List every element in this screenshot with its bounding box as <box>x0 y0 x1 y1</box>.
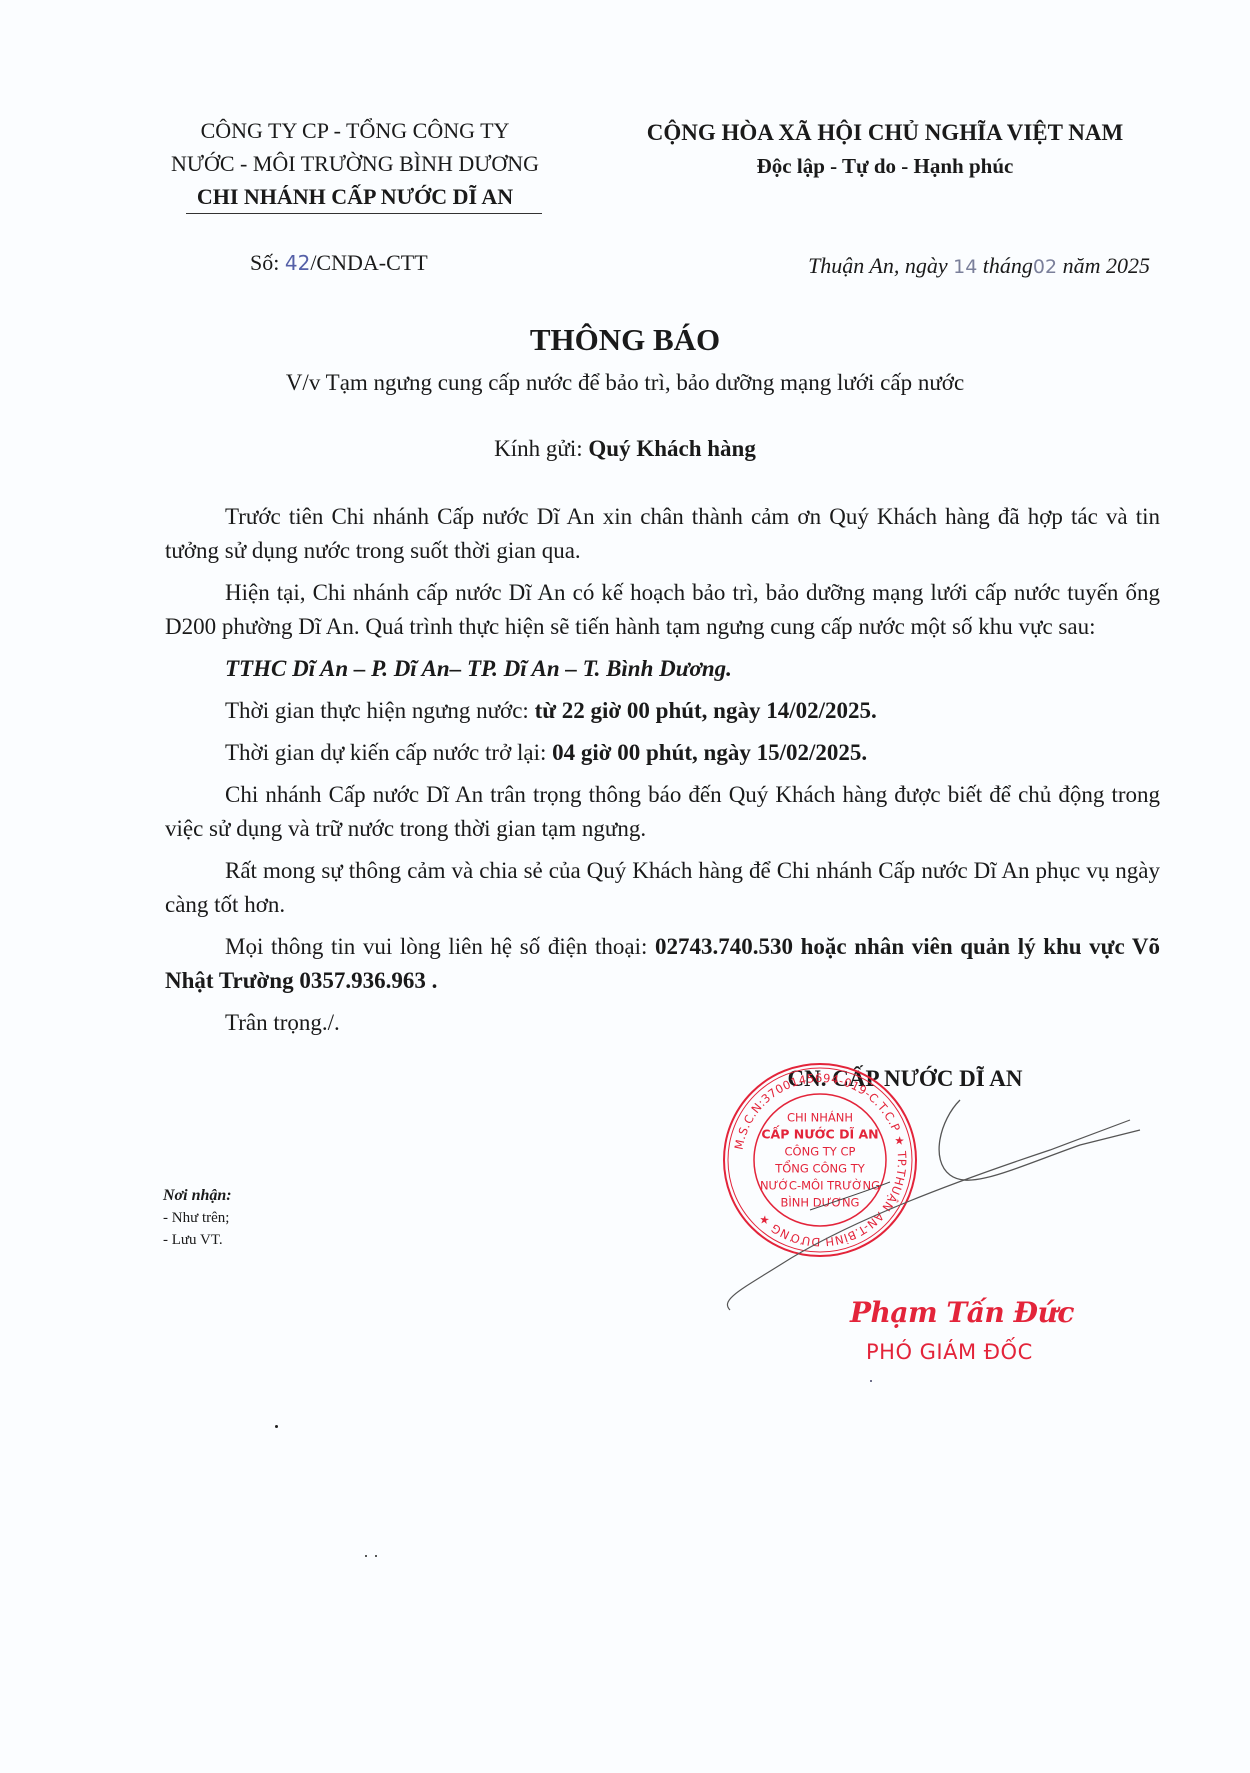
recipients-block: Nơi nhận: - Như trên; - Lưu VT. <box>163 1185 232 1251</box>
contact-info: Mọi thông tin vui lòng liên hệ số điện t… <box>165 930 1160 998</box>
document-title: THÔNG BÁO <box>0 322 1250 358</box>
date-day-handwritten: 14 <box>953 256 977 278</box>
date-month-label: tháng <box>977 253 1033 278</box>
issuer-parent-company: CÔNG TY CP - TỔNG CÔNG TY <box>140 114 570 147</box>
signatory-title: PHÓ GIÁM ĐỐC <box>866 1340 1033 1364</box>
greeting: Kính gửi: Quý Khách hàng <box>0 436 1250 462</box>
date-place: Thuận An, ngày <box>808 253 953 278</box>
paragraph-notice: Chi nhánh Cấp nước Dĩ An trân trọng thôn… <box>165 778 1160 846</box>
date-year: năm 2025 <box>1057 253 1150 278</box>
scan-speck <box>275 1425 278 1428</box>
reference-number-handwritten: 42 <box>285 251 310 275</box>
handwritten-signature-icon <box>700 1090 1150 1320</box>
paragraph-plan: Hiện tại, Chi nhánh cấp nước Dĩ An có kế… <box>165 576 1160 644</box>
affected-area: TTHC Dĩ An – P. Dĩ An– TP. Dĩ An – T. Bì… <box>165 652 1160 686</box>
reference-prefix: Số: <box>250 250 285 275</box>
reference-suffix: /CNDA-CTT <box>310 250 427 275</box>
issuer-parent-company-cont: NƯỚC - MÔI TRƯỜNG BÌNH DƯƠNG <box>140 147 570 180</box>
document-body: Trước tiên Chi nhánh Cấp nước Dĩ An xin … <box>165 500 1160 1048</box>
date-month-handwritten: 02 <box>1033 256 1057 278</box>
recipients-heading: Nơi nhận: <box>163 1185 232 1207</box>
greeting-label: Kính gửi: <box>494 436 588 461</box>
closing: Trân trọng./. <box>165 1006 1160 1040</box>
national-motto: Độc lập - Tự do - Hạnh phúc <box>610 150 1160 182</box>
national-motto-block: CỘNG HÒA XÃ HỘI CHỦ NGHĨA VIỆT NAM Độc l… <box>610 116 1160 182</box>
scan-speck <box>375 1555 377 1557</box>
document-reference: Số: 42/CNDA-CTT <box>250 250 428 276</box>
recipient-item: - Như trên; <box>163 1207 232 1229</box>
greeting-recipient: Quý Khách hàng <box>588 436 755 461</box>
stop-time-label: Thời gian thực hiện ngưng nước: <box>225 698 535 723</box>
resume-time: Thời gian dự kiến cấp nước trở lại: 04 g… <box>165 736 1160 770</box>
document-subject: V/v Tạm ngưng cung cấp nước để bảo trì, … <box>0 370 1250 396</box>
paragraph-apology: Rất mong sự thông cảm và chia sẻ của Quý… <box>165 854 1160 922</box>
stop-time: Thời gian thực hiện ngưng nước: từ 22 gi… <box>165 694 1160 728</box>
issuer-block: CÔNG TY CP - TỔNG CÔNG TY NƯỚC - MÔI TRƯ… <box>140 114 570 213</box>
stop-time-value: từ 22 giờ 00 phút, ngày 14/02/2025. <box>535 698 877 723</box>
signatory-name: Phạm Tấn Đức <box>850 1296 1074 1329</box>
recipient-item: - Lưu VT. <box>163 1229 232 1251</box>
scan-speck <box>365 1555 367 1557</box>
paragraph-thanks: Trước tiên Chi nhánh Cấp nước Dĩ An xin … <box>165 500 1160 568</box>
issuer-branch: CHI NHÁNH CẤP NƯỚC DĨ AN <box>140 180 570 213</box>
document-date: Thuận An, ngày 14 tháng02 năm 2025 <box>808 253 1150 279</box>
scan-speck <box>870 1380 872 1382</box>
national-title: CỘNG HÒA XÃ HỘI CHỦ NGHĨA VIỆT NAM <box>610 116 1160 150</box>
contact-label: Mọi thông tin vui lòng liên hệ số điện t… <box>225 934 655 959</box>
resume-time-value: 04 giờ 00 phút, ngày 15/02/2025. <box>552 740 867 765</box>
resume-time-label: Thời gian dự kiến cấp nước trở lại: <box>225 740 552 765</box>
issuer-underline <box>186 213 542 214</box>
